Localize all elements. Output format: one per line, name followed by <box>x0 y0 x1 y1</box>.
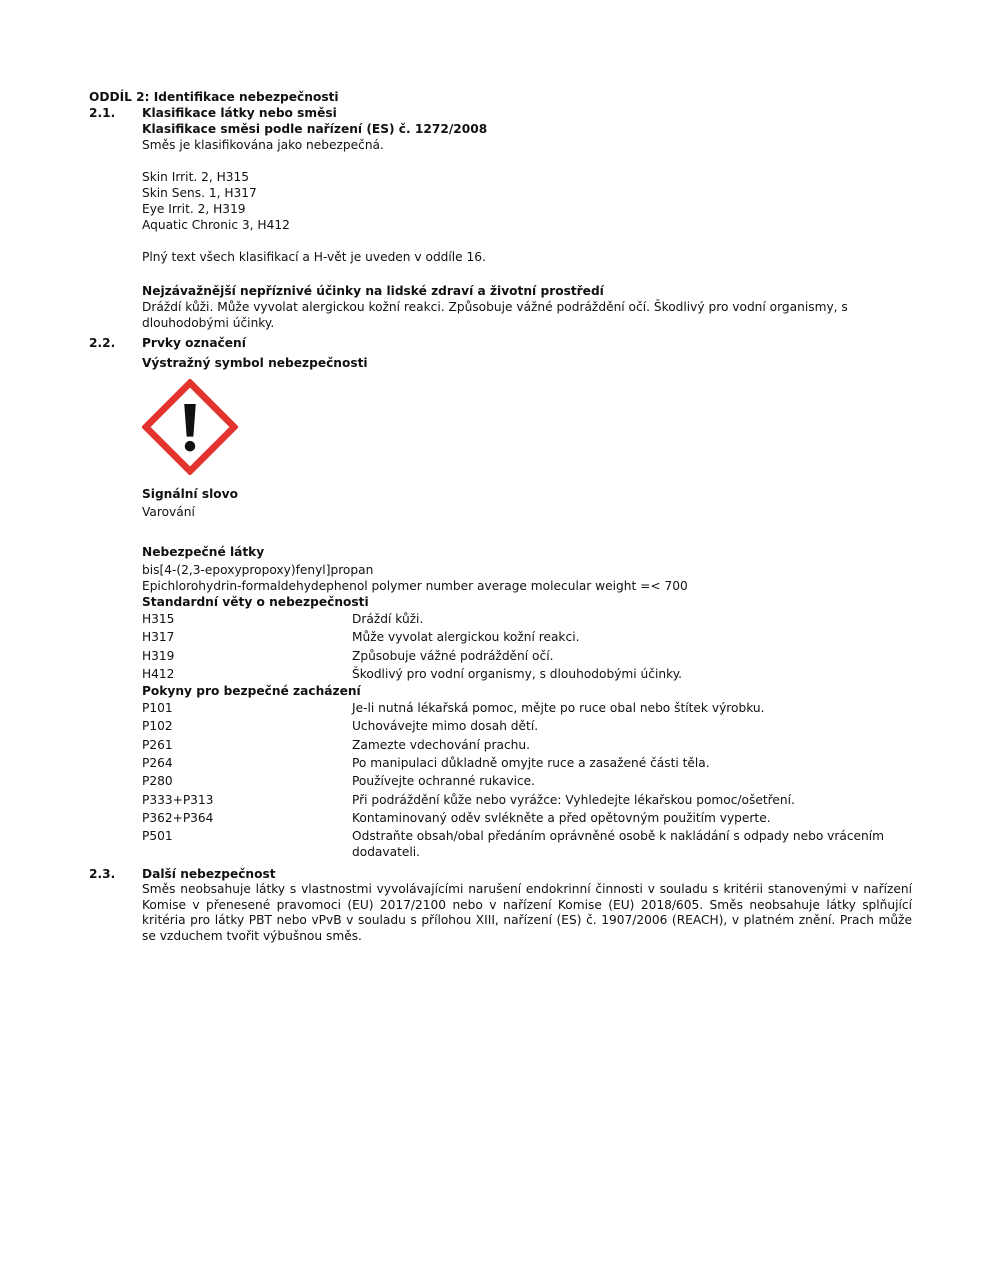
statement-code: P362+P364 <box>142 809 352 827</box>
precautionary-statements-table: P101Je-li nutná lékařská pomoc, mějte po… <box>142 699 919 860</box>
hazard-statement-row: H319Způsobuje vážné podráždění očí. <box>142 647 919 665</box>
subsection-2-1: 2.1. Klasifikace látky nebo směsi Klasif… <box>89 105 919 331</box>
signal-word-heading: Signální slovo <box>142 486 919 502</box>
classification-item: Aquatic Chronic 3, H412 <box>142 217 919 233</box>
precautionary-statement-row: P102Uchovávejte mimo dosah dětí. <box>142 717 919 735</box>
hazardous-substance: Epichlorohydrin-formaldehydephenol polym… <box>142 578 919 594</box>
hazard-statements-heading: Standardní věty o nebezpečnosti <box>142 594 919 610</box>
classification-item: Skin Sens. 1, H317 <box>142 185 919 201</box>
fulltext-note: Plný text všech klasifikací a H-vět je u… <box>142 249 919 265</box>
pictogram-heading: Výstražný symbol nebezpečnosti <box>142 355 919 371</box>
statement-code: P102 <box>142 717 352 735</box>
statement-text: Je-li nutná lékařská pomoc, mějte po ruc… <box>352 699 892 717</box>
hazardous-substances-list: bis[4-(2,3-epoxypropoxy)fenyl]propanEpic… <box>142 562 919 594</box>
hazard-statement-row: H317Může vyvolat alergickou kožní reakci… <box>142 628 919 646</box>
hazard-statements-table: H315Dráždí kůži.H317Může vyvolat alergic… <box>142 610 919 683</box>
statement-code: P280 <box>142 772 352 790</box>
statement-text: Odstraňte obsah/obal předáním oprávněné … <box>352 827 892 860</box>
hazardous-substance: bis[4-(2,3-epoxypropoxy)fenyl]propan <box>142 562 919 578</box>
statement-code: P501 <box>142 827 352 860</box>
statement-text: Uchovávejte mimo dosah dětí. <box>352 717 892 735</box>
precautionary-statement-row: P280Používejte ochranné rukavice. <box>142 772 919 790</box>
statement-text: Po manipulaci důkladně omyjte ruce a zas… <box>352 754 892 772</box>
statement-code: P333+P313 <box>142 791 352 809</box>
section-title: ODDÍL 2: Identifikace nebezpečnosti <box>89 89 919 105</box>
statement-text: Může vyvolat alergickou kožní reakci. <box>352 628 892 646</box>
subsection-number: 2.1. <box>89 105 115 121</box>
statement-text: Kontaminovaný oděv svlékněte a před opět… <box>352 809 892 827</box>
hazard-statement-row: H315Dráždí kůži. <box>142 610 919 628</box>
subsection-number: 2.3. <box>89 866 115 882</box>
subsection-title: Prvky označení <box>142 335 919 351</box>
precautionary-statement-row: P264Po manipulaci důkladně omyjte ruce a… <box>142 754 919 772</box>
statement-text: Používejte ochranné rukavice. <box>352 772 892 790</box>
statement-text: Dráždí kůži. <box>352 610 892 628</box>
hazard-statement-row: H412Škodlivý pro vodní organismy, s dlou… <box>142 665 919 683</box>
statement-text: Způsobuje vážné podráždění očí. <box>352 647 892 665</box>
precautionary-statement-row: P101Je-li nutná lékařská pomoc, mějte po… <box>142 699 919 717</box>
statement-code: P264 <box>142 754 352 772</box>
statement-code: H315 <box>142 610 352 628</box>
other-hazards-text: Směs neobsahuje látky s vlastnostmi vyvo… <box>142 882 912 944</box>
hazardous-substances-heading: Nebezpečné látky <box>142 544 919 560</box>
subsection-title: Další nebezpečnost <box>142 866 919 882</box>
precautionary-statements-heading: Pokyny pro bezpečné zacházení <box>142 683 919 699</box>
statement-code: P261 <box>142 736 352 754</box>
classification-statement: Směs je klasifikována jako nebezpečná. <box>142 137 919 153</box>
statement-code: H317 <box>142 628 352 646</box>
effects-text: Dráždí kůži. Může vyvolat alergickou kož… <box>142 299 912 331</box>
classification-item: Eye Irrit. 2, H319 <box>142 201 919 217</box>
statement-code: H412 <box>142 665 352 683</box>
precautionary-statement-row: P261Zamezte vdechování prachu. <box>142 736 919 754</box>
classification-list: Skin Irrit. 2, H315Skin Sens. 1, H317Eye… <box>142 169 919 233</box>
statement-code: P101 <box>142 699 352 717</box>
subsection-2-3: 2.3. Další nebezpečnost Směs neobsahuje … <box>89 866 919 944</box>
precautionary-statement-row: P501Odstraňte obsah/obal předáním oprávn… <box>142 827 919 860</box>
subsection-number: 2.2. <box>89 335 115 351</box>
statement-text: Zamezte vdechování prachu. <box>352 736 892 754</box>
statement-text: Škodlivý pro vodní organismy, s dlouhodo… <box>352 665 892 683</box>
effects-heading: Nejzávažnější nepříznivé účinky na lidsk… <box>142 283 919 299</box>
exclamation-mark-icon <box>142 379 238 475</box>
signal-word: Varování <box>142 504 919 520</box>
classification-item: Skin Irrit. 2, H315 <box>142 169 919 185</box>
statement-code: H319 <box>142 647 352 665</box>
classification-regulation-heading: Klasifikace směsi podle nařízení (ES) č.… <box>142 121 919 137</box>
subsection-title: Klasifikace látky nebo směsi <box>142 105 919 121</box>
precautionary-statement-row: P362+P364Kontaminovaný oděv svlékněte a … <box>142 809 919 827</box>
sds-section-2: ODDÍL 2: Identifikace nebezpečnosti 2.1.… <box>89 89 919 944</box>
precautionary-statement-row: P333+P313Při podráždění kůže nebo vyrážc… <box>142 791 919 809</box>
statement-text: Při podráždění kůže nebo vyrážce: Vyhled… <box>352 791 892 809</box>
subsection-2-2: 2.2. Prvky označení Výstražný symbol neb… <box>89 335 919 371</box>
